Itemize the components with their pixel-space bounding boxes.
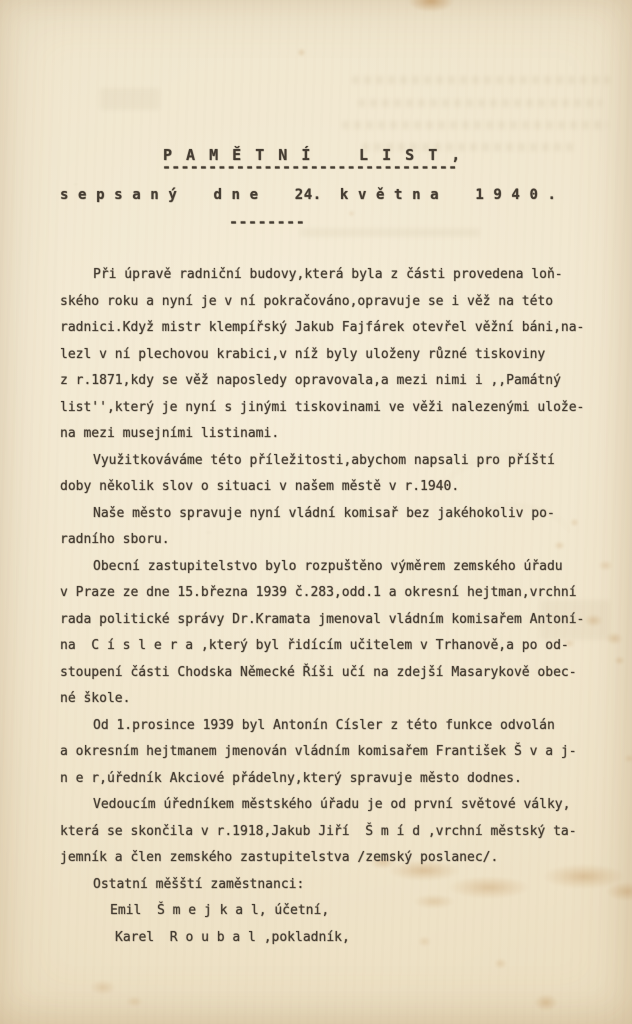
typed-line: v Praze ze dne 15.března 1939 č.283,odd.…	[60, 580, 590, 607]
stain	[534, 994, 558, 1011]
date-underline: --------	[229, 213, 305, 231]
typed-line: z r.1871,kdy se věž naposledy opravovala…	[60, 368, 590, 395]
stain	[598, 560, 613, 571]
typed-line: radního sboru.	[60, 527, 590, 554]
typed-line: doby několik slov o situaci v našem měst…	[60, 474, 590, 501]
typed-line: ského roku a nyní je v ní pokračováno,op…	[60, 289, 590, 316]
bleedthrough-line	[358, 99, 602, 107]
typed-line: list'',který je nyní s jinými tiskovinam…	[60, 395, 590, 422]
stain	[348, 210, 355, 217]
stain	[297, 48, 306, 57]
typed-line: Emil Š m e j k a l, účetní,	[60, 898, 590, 925]
typed-line: lezl v ní plechovou krabici,v níž byly u…	[60, 342, 590, 369]
stain	[614, 656, 625, 665]
stain	[126, 996, 143, 1007]
stain	[494, 958, 507, 969]
typed-line: na mezi musejními listinami.	[60, 421, 590, 448]
bleedthrough-line	[352, 76, 610, 84]
typed-line: na C í s l e r a ,který byl řidícím učit…	[60, 633, 590, 660]
document-date-line: s e p s a n ý d n e 24. k v ě t n a 1 9 …	[60, 187, 557, 203]
typed-line: Využitkováváme této příležitosti,abychom…	[60, 448, 590, 475]
bleedthrough-smudge	[100, 88, 160, 110]
title-underline: --------------------------------	[162, 158, 457, 176]
typed-line: stoupení části Chodska Německé Říši učí …	[60, 660, 590, 687]
typed-line: a okresním hejtmanem jmenován vládním ko…	[60, 739, 590, 766]
typed-line: jemník a člen zemského zastupitelstva /z…	[60, 845, 590, 872]
stain	[606, 882, 632, 901]
typed-line: Obecní zastupitelstvo bylo rozpuštěno vý…	[60, 554, 590, 581]
bleedthrough-line	[300, 228, 480, 237]
typed-line: která se skončila v r.1918,Jakub Jiří Š …	[60, 819, 590, 846]
typed-line: Vedoucím úředníkem městského úřadu je od…	[60, 792, 590, 819]
typed-line: Od 1.prosince 1939 byl Antonín Císler z …	[60, 713, 590, 740]
bleedthrough-line	[342, 121, 608, 129]
typed-line: n e r,úředník Akciové přádelny,který spr…	[60, 766, 590, 793]
stain	[606, 632, 623, 645]
typed-line: rada politické správy Dr.Kramata jmenova…	[60, 607, 590, 634]
stain	[408, 0, 454, 12]
stain	[90, 980, 116, 995]
typed-line: Při úpravě radniční budovy,která byla z …	[60, 262, 590, 289]
stain	[624, 754, 632, 763]
document-body: Při úpravě radniční budovy,která byla z …	[60, 262, 590, 951]
typed-line: radnici.Když mistr klempířský Jakub Fajf…	[60, 315, 590, 342]
typed-line: Karel R o u b a l ,pokladník,	[60, 925, 590, 952]
typed-line: né škole.	[60, 686, 590, 713]
scanned-document-page: P A M Ě T N Í L I S T , ----------------…	[0, 0, 632, 1024]
typed-line: Ostatní měšští zaměstnanci:	[60, 872, 590, 899]
typed-line: Naše město spravuje nyní vládní komisař …	[60, 501, 590, 528]
